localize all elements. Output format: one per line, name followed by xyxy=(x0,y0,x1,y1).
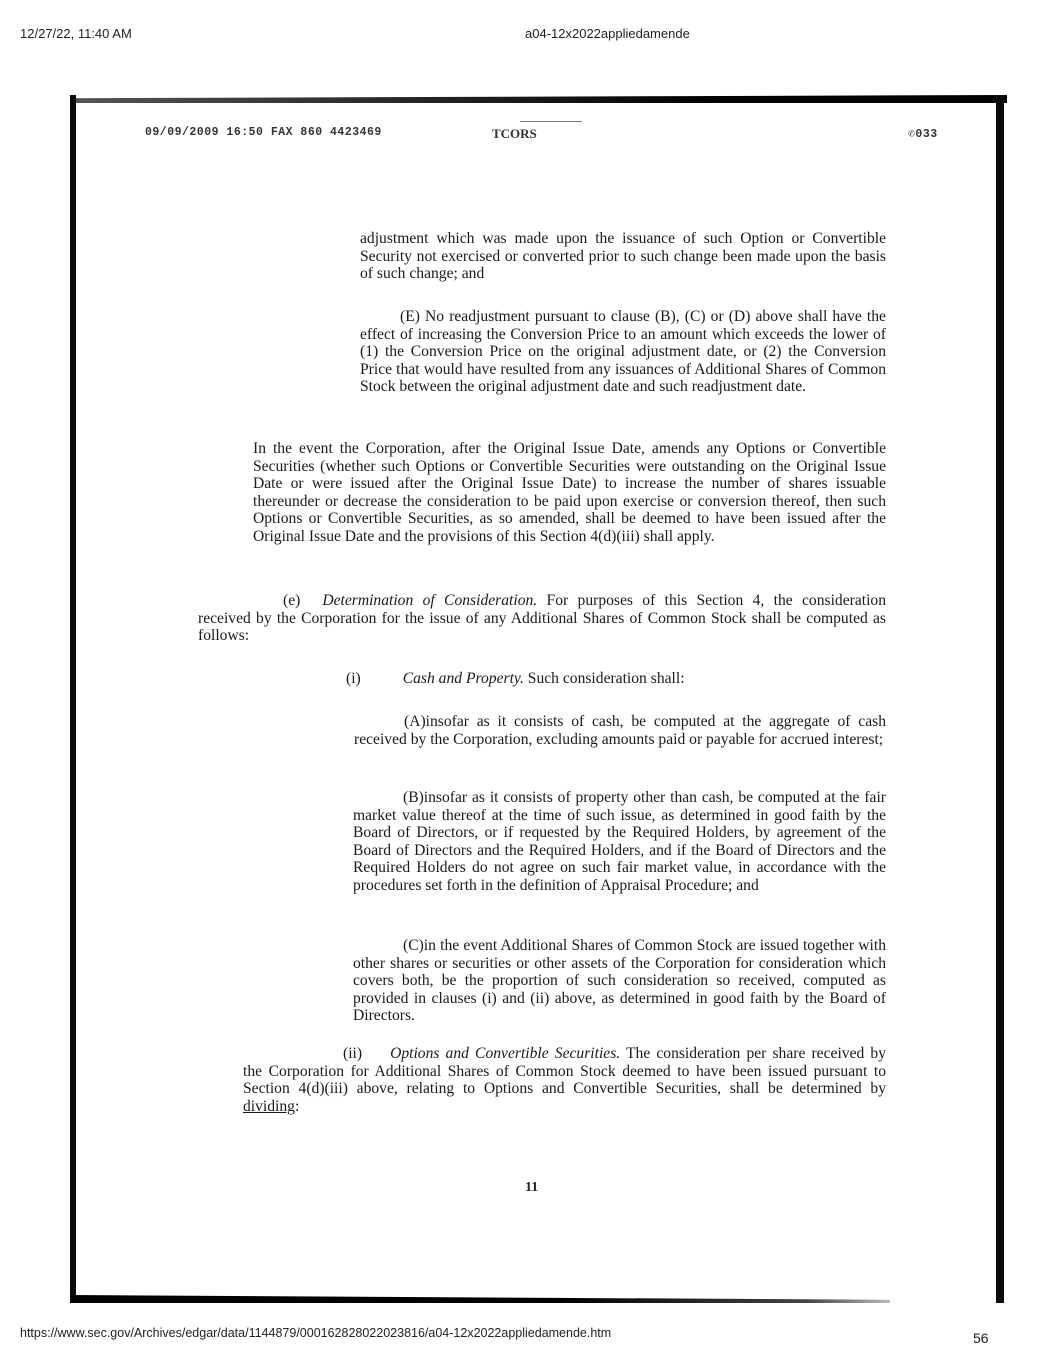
paragraph-adjustment: adjustment which was made upon the issua… xyxy=(360,230,886,283)
section-label: (e) xyxy=(283,592,300,609)
subsection-label: (i) xyxy=(346,670,361,687)
scan-border-top xyxy=(70,95,1007,103)
clause-E: (E) No readjustment pursuant to clause (… xyxy=(360,308,886,396)
fax-datetime-number: 09/09/2009 16:50 FAX 860 4423469 xyxy=(145,126,382,139)
scan-border-bottom xyxy=(70,1295,890,1303)
clause-A: (A)insofar as it consists of cash, be co… xyxy=(354,713,886,748)
clause-label: (A) xyxy=(404,713,426,730)
scanned-page: 09/09/2009 16:50 FAX 860 4423469 TCORS ✆… xyxy=(70,95,1007,1303)
fax-header-rule xyxy=(520,121,582,122)
subsection-label: (ii) xyxy=(343,1045,362,1062)
print-page-number: 56 xyxy=(973,1330,989,1346)
underlined-term: dividing xyxy=(243,1098,295,1115)
section-e-determination: (e)Determination of Consideration. For p… xyxy=(198,592,886,645)
subsection-i-cash-property: (i)Cash and Property. Such consideration… xyxy=(346,670,886,688)
clause-text: No readjustment pursuant to clause (B), … xyxy=(360,308,886,395)
section-heading: Determination of Consideration. xyxy=(322,592,537,609)
document-page-number: 11 xyxy=(525,1180,538,1196)
clause-text: insofar as it consists of cash, be compu… xyxy=(354,713,886,748)
fax-page-marker: ✆033 xyxy=(908,126,938,141)
scan-border-left xyxy=(70,95,76,1303)
subsection-heading: Options and Convertible Securities. xyxy=(390,1045,620,1062)
section-text: For purposes of this Section 4, the cons… xyxy=(198,592,886,644)
subsection-heading: Cash and Property. xyxy=(403,670,524,687)
clause-text: insofar as it consists of property other… xyxy=(353,789,886,894)
clause-label: (B) xyxy=(403,789,424,806)
fax-sender: TCORS xyxy=(492,126,537,142)
clause-text: in the event Additional Shares of Common… xyxy=(353,937,886,1024)
browser-print-timestamp: 12/27/22, 11:40 AM xyxy=(20,26,132,41)
paragraph-text: In the event the Corporation, after the … xyxy=(253,440,886,545)
clause-label: (E) xyxy=(400,308,420,325)
punctuation: : xyxy=(295,1098,299,1115)
browser-print-title: a04-12x2022appliedamende xyxy=(525,26,690,41)
subsection-ii-options: (ii)Options and Convertible Securities. … xyxy=(243,1045,886,1115)
paragraph-amendment: In the event the Corporation, after the … xyxy=(253,440,886,546)
source-url-link[interactable]: https://www.sec.gov/Archives/edgar/data/… xyxy=(20,1326,611,1340)
clause-label: (C) xyxy=(403,937,424,954)
paragraph-text: adjustment which was made upon the issua… xyxy=(360,230,886,282)
clause-C: (C)in the event Additional Shares of Com… xyxy=(353,937,886,1025)
subsection-text: Such consideration shall: xyxy=(528,670,685,687)
clause-B: (B)insofar as it consists of property ot… xyxy=(353,789,886,895)
scan-border-right xyxy=(996,95,1004,1303)
